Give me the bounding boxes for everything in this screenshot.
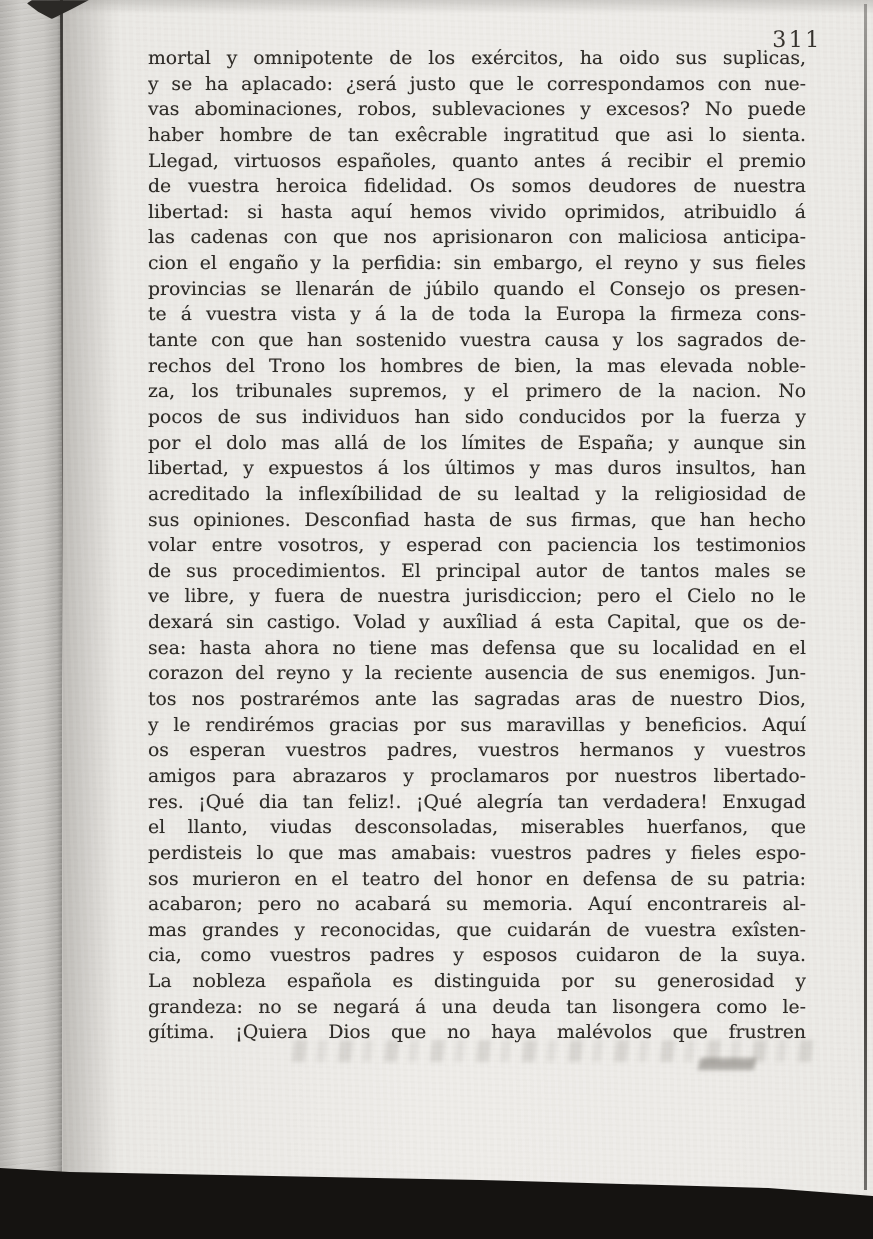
text-line: os esperan vuestros padres, vuestros her… — [148, 738, 806, 764]
text-line: cia, como vuestros padres y esposos cuid… — [148, 943, 806, 969]
text-line: sea: hasta ahora no tiene mas defensa qu… — [148, 636, 806, 662]
text-line: tos nos postrarémos ante las sagradas ar… — [148, 687, 806, 713]
text-line: y se ha aplacado: ¿será justo que le cor… — [148, 72, 806, 98]
text-line: perdisteis lo que mas amabais: vuestros … — [148, 841, 806, 867]
text-line: y le rendirémos gracias por sus maravill… — [148, 713, 806, 739]
text-line: el llanto, viudas desconsoladas, miserab… — [148, 815, 806, 841]
text-line: provincias se llenarán de júbilo quando … — [148, 277, 806, 303]
text-line: ve libre, y fuera de nuestra jurisdiccio… — [148, 584, 806, 610]
text-line: La nobleza española es distinguida por s… — [148, 969, 806, 995]
text-line: sus opiniones. Desconfiad hasta de sus f… — [148, 508, 806, 534]
text-line: Llegad, virtuosos españoles, quanto ante… — [148, 149, 806, 175]
text-line: acabaron; pero no acabará su memoria. Aq… — [148, 892, 806, 918]
book-spine-edge — [0, 0, 62, 1239]
text-line: libertad, y expuestos á los últimos y ma… — [148, 456, 806, 482]
scanned-book-page: 311 mortal y omnipotente de los exército… — [0, 0, 873, 1239]
text-line: las cadenas con que nos aprisionaron con… — [148, 225, 806, 251]
text-line: za, los tribunales supremos, y el primer… — [148, 379, 806, 405]
text-line: dexará sin castigo. Volad y auxîliad á e… — [148, 610, 806, 636]
text-line: de sus procedimientos. El principal auto… — [148, 559, 806, 585]
text-line: cion el engaño y la perfidia: sin embarg… — [148, 251, 806, 277]
text-line: volar entre vosotros, y esperad con paci… — [148, 533, 806, 559]
text-line: mortal y omnipotente de los exércitos, h… — [148, 46, 806, 72]
text-line: pocos de sus individuos han sido conduci… — [148, 405, 806, 431]
text-line: corazon del reyno y la reciente ausencia… — [148, 661, 806, 687]
text-line: amigos para abrazaros y proclamaros por … — [148, 764, 806, 790]
text-line: res. ¡Qué dia tan feliz!. ¡Qué alegría t… — [148, 790, 806, 816]
text-line: te á vuestra vista y á la de toda la Eur… — [148, 302, 806, 328]
page: 311 mortal y omnipotente de los exército… — [63, 0, 873, 1239]
text-line: por el dolo mas allá de los límites de E… — [148, 431, 806, 457]
text-line: libertad: si hasta aquí hemos vivido opr… — [148, 200, 806, 226]
text-line: vas abominaciones, robos, sublevaciones … — [148, 97, 806, 123]
text-line: de vuestra heroica fidelidad. Os somos d… — [148, 174, 806, 200]
text-line: mas grandes y reconocidas, que cuidarán … — [148, 918, 806, 944]
page-right-edge-line — [864, 4, 867, 1190]
text-line: tante con que han sostenido vuestra caus… — [148, 328, 806, 354]
text-line: acreditado la inflexíbilidad de su lealt… — [148, 482, 806, 508]
page-text-block: mortal y omnipotente de los exércitos, h… — [148, 46, 806, 1046]
text-line: haber hombre de tan exêcrable ingratitud… — [148, 123, 806, 149]
bleed-through-artifact — [698, 1058, 756, 1070]
text-line: grandeza: no se negará á una deuda tan l… — [148, 995, 806, 1021]
text-line: sos murieron en el teatro del honor en d… — [148, 867, 806, 893]
text-line: rechos del Trono los hombres de bien, la… — [148, 354, 806, 380]
